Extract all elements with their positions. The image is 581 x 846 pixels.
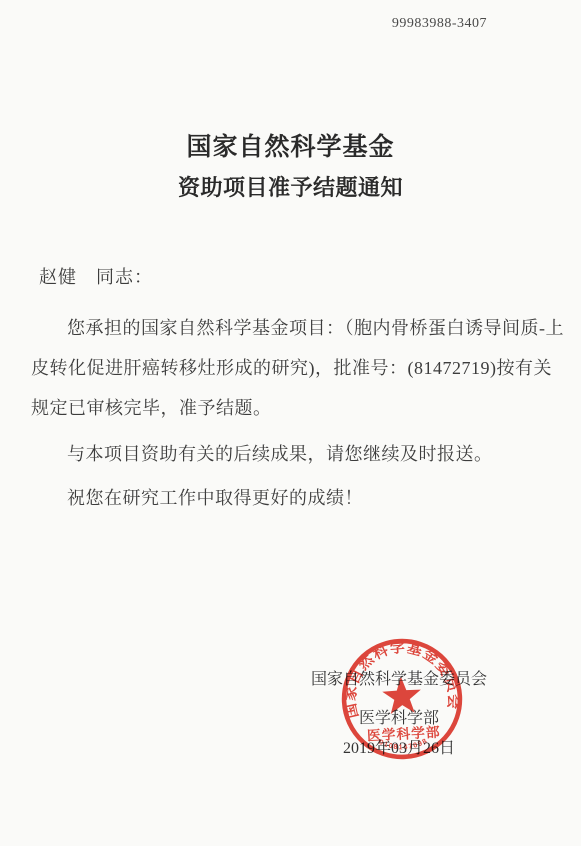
doc-number: 99983988-3407	[392, 16, 487, 32]
official-seal: 国家自然科学基金委员会 医学科学部 0108147098	[336, 633, 468, 765]
paragraph1-line2: 皮转化促进肝癌转移灶形成的研究)，批准号：(81472719)按有关	[31, 348, 553, 388]
paragraph2: 与本项目资助有关的后续成果，请您继续及时报送。	[31, 434, 553, 474]
body-text: 您承担的国家自然科学基金项目：（胞内骨桥蛋白诱导间质-上 皮转化促进肝癌转移灶形…	[31, 308, 553, 518]
seal-star-icon	[382, 676, 422, 715]
doc-subtitle: 资助项目准予结题通知	[0, 171, 581, 202]
seal-department-text: 医学科学部	[367, 724, 441, 744]
doc-title: 国家自然科学基金	[0, 127, 581, 163]
paragraph1-line3: 规定已审核完毕，准予结题。	[31, 388, 553, 428]
salutation: 赵健 同志：	[39, 263, 153, 289]
paragraph1-line1: 您承担的国家自然科学基金项目：（胞内骨桥蛋白诱导间质-上	[31, 308, 553, 348]
paragraph3: 祝您在研究工作中取得更好的成绩！	[31, 478, 553, 518]
notice-page: 99983988-3407 国家自然科学基金 资助项目准予结题通知 赵健 同志：…	[0, 0, 581, 846]
